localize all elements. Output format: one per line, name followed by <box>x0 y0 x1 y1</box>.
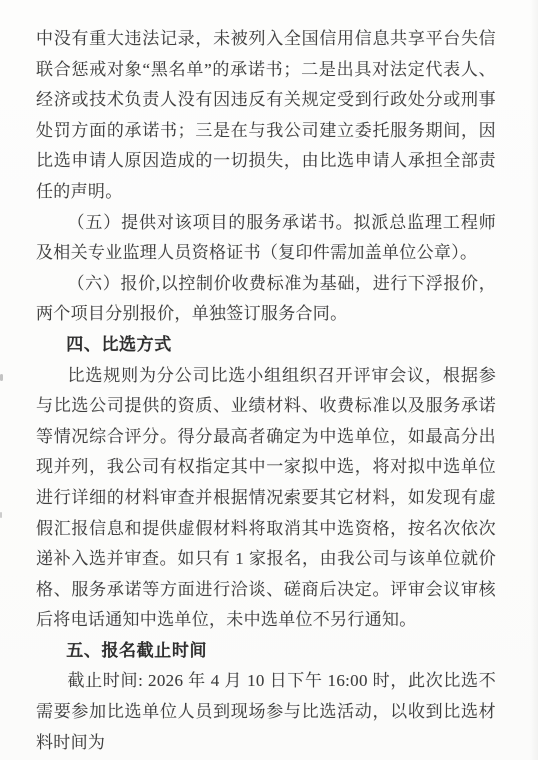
scan-artifact <box>0 512 2 518</box>
scan-artifact <box>0 374 3 381</box>
document-content: 中没有重大违法记录，未被列入全国信用信息共享平台失信联合惩戒对象“黑名单”的承诺… <box>36 24 496 758</box>
paragraph-item-6: （六）报价,以控制价收费标准为基础，进行下浮报价，两个项目分别报价，单独签订服务… <box>36 269 496 330</box>
paragraph-section-4: 比选规则为分公司比选小组组织召开评审会议，根据参与比选公司提供的资质、业绩材料、… <box>36 361 496 636</box>
section-heading-4: 四、比选方式 <box>36 330 496 361</box>
document-page: 中没有重大违法记录，未被列入全国信用信息共享平台失信联合惩戒对象“黑名单”的承诺… <box>0 0 538 760</box>
section-heading-5: 五、报名截止时间 <box>36 636 496 667</box>
paragraph-item-5: （五）提供对该项目的服务承诺书。拟派总监理工程师及相关专业监理人员资格证书（复印… <box>36 208 496 269</box>
scan-edge-shading <box>530 0 538 760</box>
paragraph-section-5: 截止时间: 2026 年 4 月 10 日下午 16:00 时，此次比选不需要参… <box>36 666 496 758</box>
paragraph-continuation: 中没有重大违法记录，未被列入全国信用信息共享平台失信联合惩戒对象“黑名单”的承诺… <box>36 24 496 208</box>
